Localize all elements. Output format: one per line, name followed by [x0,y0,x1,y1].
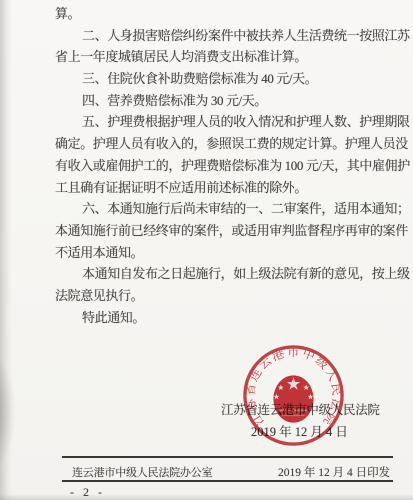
footer-rule-bottom [62,480,393,482]
body-line: 二、人身损害赔偿纠纷案件中被扶养人生活费统一按照江苏 [55,25,389,47]
body-line: 三、住院伙食补助费赔偿标准为 40 元/天。 [55,68,389,90]
footer-issue-date: 2019 年 12 月 4 日印发 [278,464,390,480]
body-line: 五、护理费根据护理人员的收入情况和护理人数、护理期限 [55,111,389,133]
body-line: 四、营养费赔偿标准为 30 元/天。 [55,90,389,112]
notice-body: 算。 二、人身损害赔偿纠纷案件中被扶养人生活费统一按照江苏 省上一年度城镇居民人… [55,3,389,328]
body-line: 省上一年度城镇居民人均消费支出标准计算。 [55,46,389,68]
footer-rule-top [62,456,393,458]
scan-left-edge-shadow [0,0,12,500]
body-line: 法院意见执行。 [55,285,389,307]
official-court-seal: 江苏省连云港市中级人民法院 [241,343,346,448]
page-number: - 2 - [70,485,105,500]
seal-national-emblem-icon [273,375,313,422]
body-line: 本通知施行前已经终审的案件，或适用审判监督程序再审的案件 [55,220,389,242]
body-line: 工且确有证据证明不应适用前述标准的除外。 [55,177,389,199]
scan-bottom-edge-shadow [0,494,413,500]
footer-office-name: 连云港市中级人民法院办公室 [72,464,212,480]
page-curl-shadow [0,340,40,500]
body-line: 六、本通知施行后尚未审结的一、二审案件，适用本通知； [55,198,389,220]
body-line: 确定。护理人员有收入的，参照误工费的规定计算。护理人员没 [55,133,389,155]
body-line: 本通知自发布之日起施行，如上级法院有新的意见，按上级 [55,263,389,285]
body-line: 特此通知。 [55,307,389,329]
body-line: 有收入或雇佣护工的，护理费赔偿标准为 100 元/天，其中雇佣护 [55,155,389,177]
court-seal-graphic: 江苏省连云港市中级人民法院 [241,343,346,448]
body-line: 不适用本通知。 [55,242,389,264]
body-line: 算。 [55,3,389,25]
document-page: 算。 二、人身损害赔偿纠纷案件中被扶养人生活费统一按照江苏 省上一年度城镇居民人… [0,0,413,500]
